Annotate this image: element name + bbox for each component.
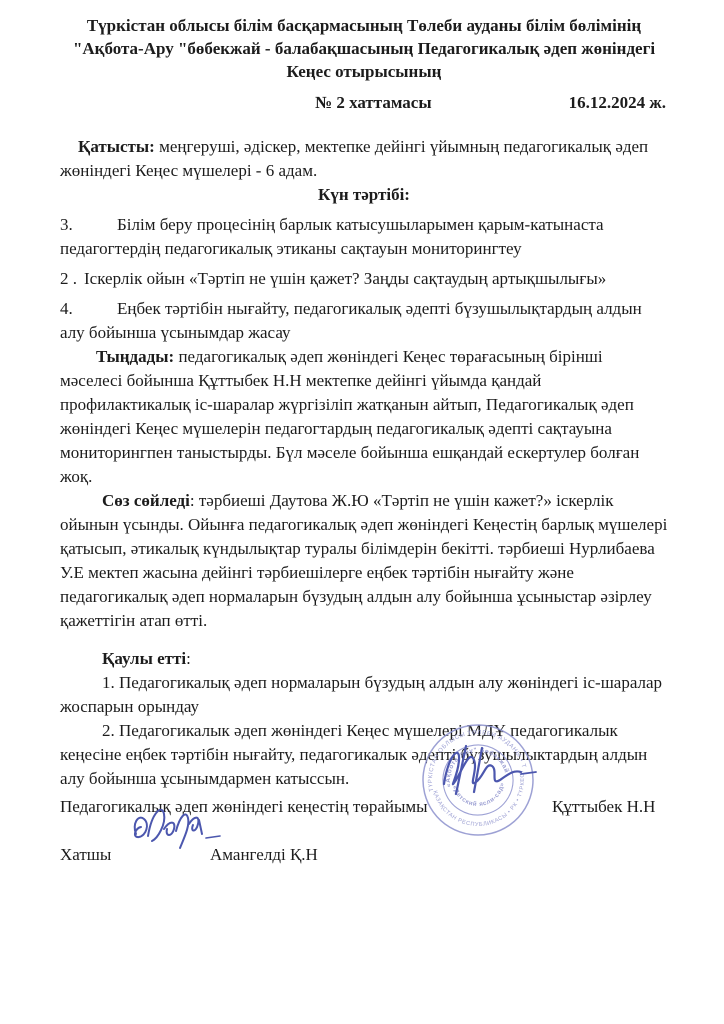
heard-label: Тыңдады: <box>96 347 174 366</box>
heard-text: педагогикалық әдеп жөніндегі Кеңес төрағ… <box>60 347 639 486</box>
title-line-2: "Ақбота-Ару "бөбекжай - балабақшасының П… <box>60 37 668 60</box>
secretary-label: Хатшы <box>60 845 111 864</box>
agenda-item-4: 4.Еңбек тәртібін нығайту, педагогикалық … <box>60 297 668 345</box>
document-content: Түркістан облысы білім басқармасының Төл… <box>60 14 668 867</box>
title-line-1: Түркістан облысы білім басқармасының Төл… <box>60 14 668 37</box>
resolution-item-1: 1. Педагогикалық әдеп нормаларын бүзудың… <box>60 671 668 719</box>
resolution-colon: : <box>186 649 191 668</box>
agenda-item-3: 3.Білім беру процесінің барлык катысушыл… <box>60 213 668 261</box>
agenda-item-number: 3. <box>60 213 117 237</box>
secretary-signature-icon <box>126 794 226 850</box>
agenda-item-text: Іскерлік ойын «Тәртіп не үшін қажет? Заң… <box>84 269 606 288</box>
document-page: Түркістан облысы білім басқармасының Төл… <box>0 0 724 1024</box>
agenda-title: Күн тәртібі: <box>60 183 668 207</box>
spoke-paragraph: Сөз сөйледі: тәрбиеші Даутова Ж.Ю «Тәрті… <box>60 489 668 633</box>
spoke-label: Сөз сөйледі <box>102 491 190 510</box>
heard-paragraph: Тыңдады: педагогикалық әдеп жөніндегі Ке… <box>60 345 668 489</box>
title-line-3: Кеңес отырысының <box>60 60 668 83</box>
protocol-number: № 2 хаттамасы <box>315 93 432 113</box>
resolution-item-2: 2. Педагогикалык әдеп жөніндегі Кеңес мү… <box>60 719 668 791</box>
attendees-paragraph: Қатысты: меңгеруші, әдіскер, мектепке де… <box>60 135 668 183</box>
agenda-item-2: 2 .Іскерлік ойын «Тәртіп не үшін қажет? … <box>60 267 668 291</box>
agenda-item-number: 2 . <box>60 267 77 291</box>
spoke-text: : тәрбиеші Даутова Ж.Ю «Тәртіп не үшін к… <box>60 491 667 630</box>
chairman-label: Педагогикалық әдеп жөніндегі кеңестің тө… <box>60 797 428 816</box>
secretary-name: Амангелді Қ.Н <box>210 843 318 867</box>
protocol-date: 16.12.2024 ж. <box>569 93 666 113</box>
resolution-title: Қаулы етті: <box>60 647 668 671</box>
agenda-item-text: Білім беру процесінің барлык катысушылар… <box>60 215 604 258</box>
attendees-label: Қатысты: <box>78 137 155 156</box>
chairman-signature-icon <box>424 736 544 804</box>
protocol-row: № 2 хаттамасы 16.12.2024 ж. <box>60 93 668 117</box>
document-title: Түркістан облысы білім басқармасының Төл… <box>60 14 668 83</box>
agenda-item-number: 4. <box>60 297 117 321</box>
agenda-item-text: Еңбек тәртібін нығайту, педагогикалық әд… <box>60 299 642 342</box>
resolution-label: Қаулы етті <box>102 649 186 668</box>
